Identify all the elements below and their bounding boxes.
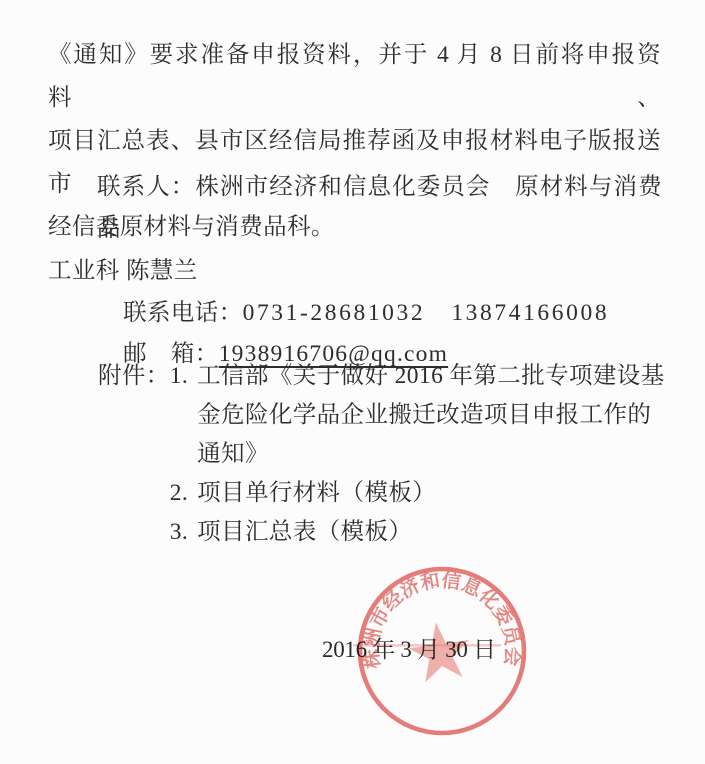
contact-line: 联系人：株洲市经济和信息化委员会 原材料与消费品: [97, 166, 662, 250]
attachment-number: 2.: [170, 474, 188, 513]
attachment-line: 工信部《关于做好 2016 年第二批专项建设基: [197, 357, 664, 396]
attachment-number: 3.: [170, 513, 188, 552]
attachment-title: 工信部《关于做好 2016 年第二批专项建设基 金危险化学品企业搬迁改造项目申报…: [197, 357, 664, 474]
attachment-number: 1.: [170, 357, 188, 474]
issue-date: 2016 年 3 月 30 日: [322, 631, 496, 664]
document-page: 《通知》要求准备申报资料，并于 4 月 8 日前将申报资料、 项目汇总表、县市区…: [0, 0, 705, 764]
attachment-line: 项目单行材料（模板）: [197, 474, 436, 513]
attachment-title: 项目单行材料（模板）: [197, 474, 436, 513]
attachment-line: 金危险化学品企业搬迁改造项目申报工作的: [197, 396, 664, 435]
paragraph-line: 《通知》要求准备申报资料，并于 4 月 8 日前将申报资料、: [48, 34, 661, 120]
attachment-line: 项目汇总表（模板）: [197, 513, 412, 552]
attachment-title: 项目汇总表（模板）: [197, 513, 412, 552]
attachment-item: 3. 项目汇总表（模板）: [170, 513, 665, 552]
attachments-label: 附件：: [98, 357, 170, 552]
attachment-line: 通知》: [197, 435, 664, 474]
attachment-item: 1. 工信部《关于做好 2016 年第二批专项建设基 金危险化学品企业搬迁改造项…: [170, 357, 665, 474]
attachment-item: 2. 项目单行材料（模板）: [170, 474, 665, 513]
attachments-list: 1. 工信部《关于做好 2016 年第二批专项建设基 金危险化学品企业搬迁改造项…: [170, 357, 665, 552]
attachments-block: 附件： 1. 工信部《关于做好 2016 年第二批专项建设基 金危险化学品企业搬…: [98, 357, 665, 552]
